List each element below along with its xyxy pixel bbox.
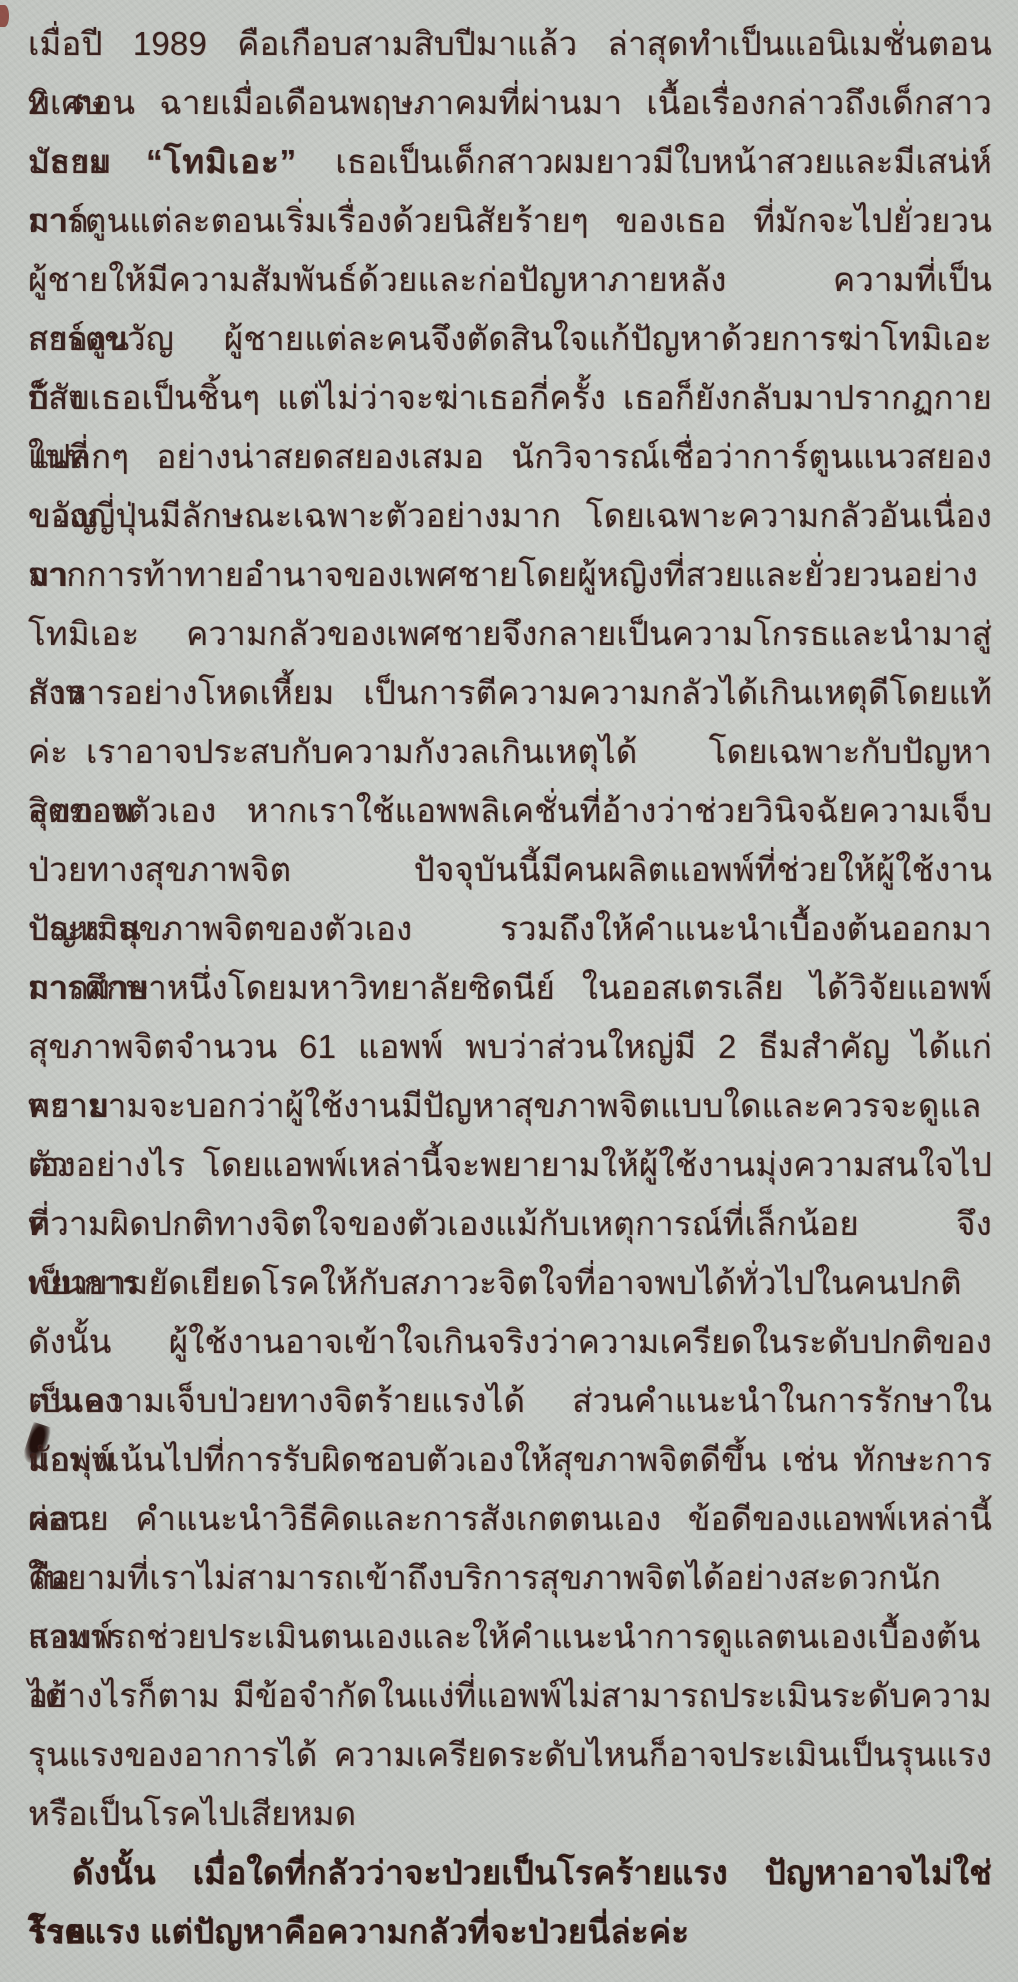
text-line: ป่วยทางสุขภาพจิต ปัจจุบันนี้มีคนผลิตแอพพ… — [28, 840, 992, 899]
text-line: ความผิดปกติทางจิตใจของตัวเองแม้กับเหตุกา… — [28, 1194, 992, 1253]
text-line: ในยามที่เราไม่สามารถเข้าถึงบริการสุขภาพจ… — [28, 1548, 992, 1607]
emphasized-name-tomie: “โทมิเอะ” — [146, 143, 297, 180]
text-line: เองอย่างไร โดยแอพพ์เหล่านี้จะพยายามให้ผู… — [28, 1135, 992, 1194]
scanned-article-page: เมื่อปี 1989 คือเกือบสามสิบปีมาแล้ว ล่าส… — [0, 0, 1018, 1982]
text-line: ปลาย “โทมิเอะ” เธอเป็นเด็กสาวผมยาวมีใบหน… — [28, 132, 992, 191]
article-text: เมื่อปี 1989 คือเกือบสามสิบปีมาแล้ว ล่าส… — [28, 14, 992, 1961]
text-line: จากการท้าทายอำนาจของเพศชายโดยผู้หญิงที่ส… — [28, 545, 992, 604]
paragraph-tomie-horror-manga: เมื่อปี 1989 คือเกือบสามสิบปีมาแล้ว ล่าส… — [28, 14, 992, 722]
text-line: พยายามยัดเยียดโรคให้กับสภาวะจิตใจที่อาจพ… — [28, 1253, 992, 1312]
text-line: รุนแรงของอาการได้ ความเครียดระดับไหนก็อา… — [28, 1725, 992, 1784]
text-line: แปลกๆ อย่างน่าสยดสยองเสมอ นักวิจารณ์เชื่… — [28, 427, 992, 486]
text-line: เมื่อปี 1989 คือเกือบสามสิบปีมาแล้ว ล่าส… — [28, 14, 992, 73]
text-line: 2 ตอน ฉายเมื่อเดือนพฤษภาคมที่ผ่านมา เนื้… — [28, 73, 992, 132]
text-line: เป็นความเจ็บป่วยทางจิตร้ายแรงได้ ส่วนคำแ… — [28, 1371, 992, 1430]
text-line: พยายามจะบอกว่าผู้ใช้งานมีปัญหาสุขภาพจิตแ… — [28, 1076, 992, 1135]
text-line: ของญี่ปุ่นมีลักษณะเฉพาะตัวอย่างมาก โดยเฉ… — [28, 486, 992, 545]
paragraph-closing-remark: ดังนั้น เมื่อใดที่กลัวว่าจะป่วยเป็นโรคร้… — [28, 1843, 992, 1961]
text-line: ผู้ชายให้มีความสัมพันธ์ด้วยและก่อปัญหาภา… — [28, 250, 992, 309]
text-line: หรือเป็นโรคไปเสียหมด — [28, 1784, 992, 1843]
text-line: สุขภาพจิตจำนวน 61 แอพพ์ พบว่าส่วนใหญ่มี … — [28, 1017, 992, 1076]
text-segment: ปลาย — [28, 143, 146, 180]
text-line: จิตของตัวเอง หากเราใช้แอพพลิเคชั่นที่อ้า… — [28, 781, 992, 840]
text-line: ดังนั้น ผู้ใช้งานอาจเข้าใจเกินจริงว่าควา… — [28, 1312, 992, 1371]
text-line: มักมุ่งเน้นไปที่การรับผิดชอบตัวเองให้สุข… — [28, 1430, 992, 1489]
scan-edge-artifact — [0, 5, 9, 27]
text-line: ดังนั้น เมื่อใดที่กลัวว่าจะป่วยเป็นโรคร้… — [28, 1843, 992, 1902]
text-line: สามารถช่วยประเมินตนเองและให้คำแนะนำการดู… — [28, 1607, 992, 1666]
text-line: โทมิเอะ ความกลัวของเพศชายจึงกลายเป็นความ… — [28, 604, 992, 663]
text-line: อย่างไรก็ตาม มีข้อจำกัดในแง่ที่แอพพ์ไม่ส… — [28, 1666, 992, 1725]
text-line: ปัญหาสุขภาพจิตของตัวเอง รวมถึงให้คำแนะนำ… — [28, 899, 992, 958]
text-line: ก็สับเธอเป็นชิ้นๆ แต่ไม่ว่าจะฆ่าเธอกี่คร… — [28, 368, 992, 427]
text-line: เราอาจประสบกับความกังวลเกินเหตุได้ โดยเฉ… — [28, 722, 992, 781]
text-line: การ์ตูนแต่ละตอนเริ่มเรื่องด้วยนิสัยร้ายๆ… — [28, 191, 992, 250]
text-line: การศึกษาหนึ่งโดยมหาวิทยาลัยซิดนีย์ ในออส… — [28, 958, 992, 1017]
text-line: สังหารอย่างโหดเหี้ยม เป็นการตีความความกล… — [28, 663, 992, 722]
text-line: คลาย คำแนะนำวิธีคิดและการสังเกตตนเอง ข้อ… — [28, 1489, 992, 1548]
text-line: สยองขวัญ ผู้ชายแต่ละคนจึงตัดสินใจแก้ปัญห… — [28, 309, 992, 368]
text-line: ร้ายแรง แต่ปัญหาคือความกลัวที่จะป่วยนี่ล… — [28, 1902, 992, 1961]
paragraph-mental-health-apps: เราอาจประสบกับความกังวลเกินเหตุได้ โดยเฉ… — [28, 722, 992, 1843]
